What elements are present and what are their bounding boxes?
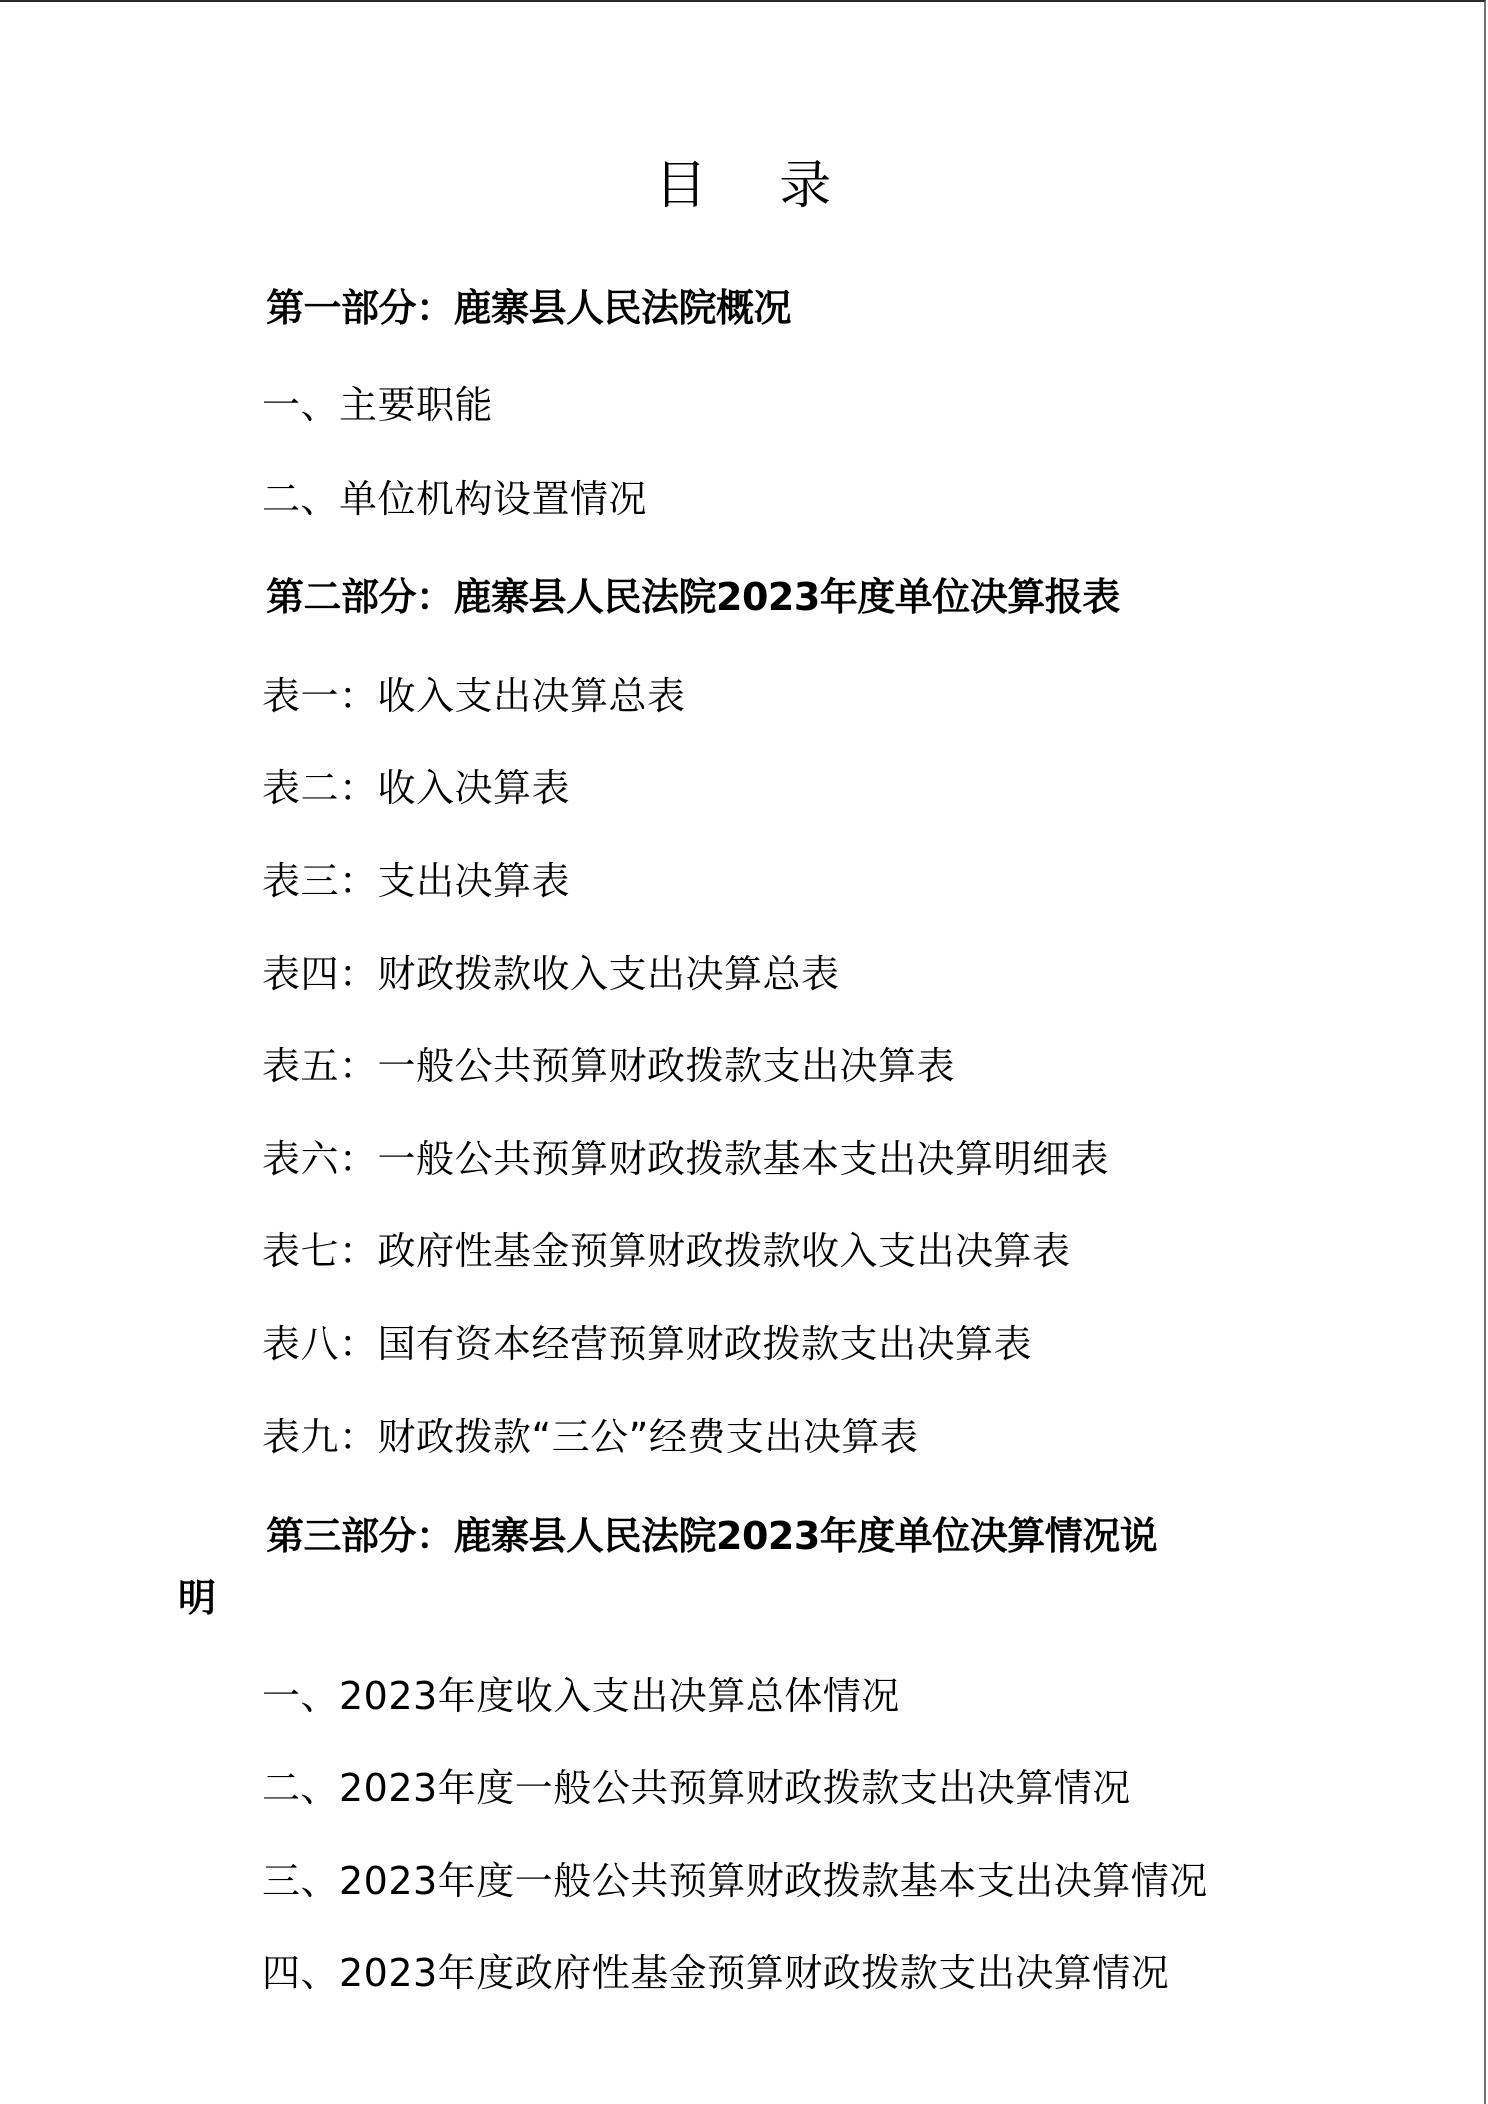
toc-item[interactable]: 二、单位机构设置情况 bbox=[262, 474, 647, 524]
toc-item[interactable]: 表一：收入支出决算总表 bbox=[262, 671, 686, 721]
section-heading-part-3-wrap[interactable]: 明 bbox=[178, 1573, 216, 1623]
toc-item[interactable]: 表二：收入决算表 bbox=[262, 763, 570, 813]
section-heading-part-2[interactable]: 第二部分：鹿寨县人民法院2023年度单位决算报表 bbox=[266, 572, 1120, 622]
toc-item[interactable]: 一、2023年度收入支出决算总体情况 bbox=[262, 1671, 900, 1721]
toc-item[interactable]: 表三：支出决算表 bbox=[262, 856, 570, 906]
toc-item[interactable]: 表八：国有资本经营预算财政拨款支出决算表 bbox=[262, 1319, 1032, 1369]
section-heading-part-1[interactable]: 第一部分：鹿寨县人民法院概况 bbox=[266, 283, 791, 333]
toc-item[interactable]: 表六：一般公共预算财政拨款基本支出决算明细表 bbox=[262, 1134, 1109, 1184]
toc-item[interactable]: 表七：政府性基金预算财政拨款收入支出决算表 bbox=[262, 1226, 1071, 1276]
toc-item[interactable]: 表五：一般公共预算财政拨款支出决算表 bbox=[262, 1041, 955, 1091]
toc-title: 目 录 bbox=[0, 156, 1486, 216]
toc-item[interactable]: 四、2023年度政府性基金预算财政拨款支出决算情况 bbox=[262, 1948, 1169, 1998]
document-page: 目 录 第一部分：鹿寨县人民法院概况 一、主要职能 二、单位机构设置情况 第二部… bbox=[0, 0, 1486, 2104]
toc-item[interactable]: 二、2023年度一般公共预算财政拨款支出决算情况 bbox=[262, 1763, 1131, 1813]
toc-item[interactable]: 三、2023年度一般公共预算财政拨款基本支出决算情况 bbox=[262, 1856, 1208, 1906]
toc-item[interactable]: 表四：财政拨款收入支出决算总表 bbox=[262, 949, 840, 999]
toc-item[interactable]: 表九：财政拨款“三公”经费支出决算表 bbox=[262, 1412, 918, 1462]
section-heading-part-3[interactable]: 第三部分：鹿寨县人民法院2023年度单位决算情况说 bbox=[266, 1511, 1157, 1561]
toc-item[interactable]: 一、主要职能 bbox=[262, 380, 493, 430]
